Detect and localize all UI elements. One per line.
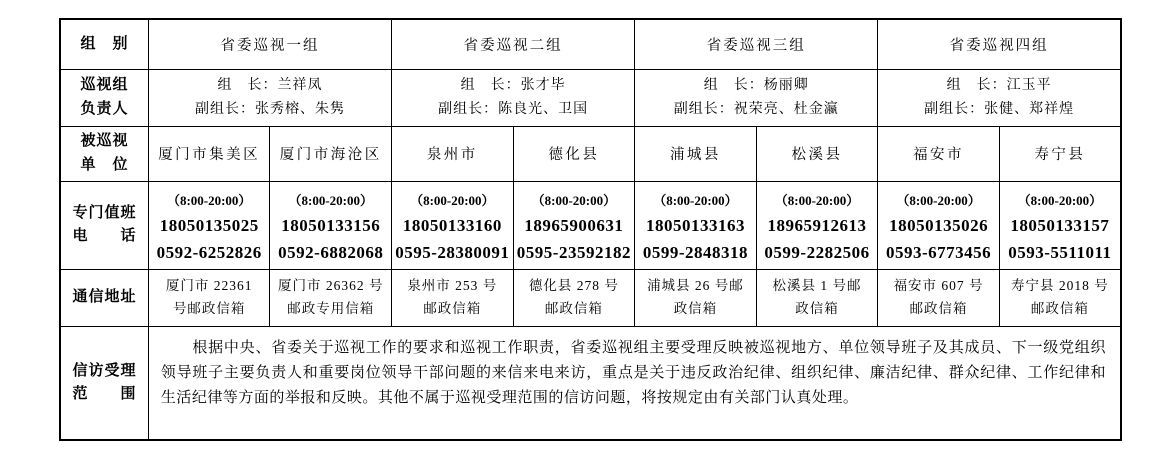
address-cell: 福安市 607 号 邮政信箱	[878, 269, 1000, 326]
landline-number: 0599-2282506	[757, 243, 878, 263]
landline-number: 0593-5511011	[1000, 243, 1120, 263]
row-header-phone: 专门值班 电 话	[60, 181, 148, 269]
landline-number: 0592-6252826	[149, 243, 270, 263]
leaders-cell: 组 长：兰祥凤 副组长：张秀榕、朱隽	[148, 69, 391, 126]
unit-cell: 浦城县	[635, 126, 757, 181]
address-cell: 厦门市 26362 号 邮政专用信箱	[270, 269, 392, 326]
mobile-number: 18050135025	[149, 216, 270, 236]
duty-hours: （8:00-20:00）	[878, 190, 999, 209]
unit-cell: 厦门市海沧区	[270, 126, 392, 181]
group-name-cell: 省委巡视一组	[148, 19, 391, 69]
address-cell: 寿宁县 2018 号 邮政信箱	[999, 269, 1121, 326]
row-scope: 信访受理 范 围 根据中央、省委关于巡视工作的要求和巡视工作职责，省委巡视组主要…	[60, 326, 1121, 440]
unit-cell: 福安市	[878, 126, 1000, 181]
address-cell: 泉州市 253 号 邮政信箱	[392, 269, 514, 326]
duty-hours: （8:00-20:00）	[270, 190, 391, 209]
group-name-cell: 省委巡视三组	[635, 19, 878, 69]
duty-hours: （8:00-20:00）	[1000, 190, 1120, 209]
landline-number: 0595-23592182	[514, 243, 635, 263]
phone-cell: （8:00-20:00） 18965912613 0599-2282506	[756, 181, 878, 269]
phone-cell: （8:00-20:00） 18965900631 0595-23592182	[513, 181, 635, 269]
unit-cell: 厦门市集美区	[148, 126, 270, 181]
row-header-address: 通信地址	[60, 269, 148, 326]
duty-hours: （8:00-20:00）	[635, 190, 756, 209]
row-header-units: 被巡视 单 位	[60, 126, 148, 181]
landline-number: 0593-6773456	[878, 243, 999, 263]
unit-cell: 泉州市	[392, 126, 514, 181]
row-phones: 专门值班 电 话 （8:00-20:00） 18050135025 0592-6…	[60, 181, 1121, 269]
duty-hours: （8:00-20:00）	[757, 190, 878, 209]
duty-hours: （8:00-20:00）	[514, 190, 635, 209]
phone-cell: （8:00-20:00） 18050133160 0595-28380091	[392, 181, 514, 269]
duty-hours: （8:00-20:00）	[149, 190, 270, 209]
phone-cell: （8:00-20:00） 18050133156 0592-6882068	[270, 181, 392, 269]
mobile-number: 18050135026	[878, 216, 999, 236]
leaders-cell: 组 长：张才毕 副组长：陈良光、卫国	[392, 69, 635, 126]
landline-number: 0599-2848318	[635, 243, 756, 263]
group-name-cell: 省委巡视二组	[392, 19, 635, 69]
address-cell: 浦城县 26 号邮 政信箱	[635, 269, 757, 326]
petition-scope-text: 根据中央、省委关于巡视工作的要求和巡视工作职责，省委巡视组主要受理反映被巡视地方…	[148, 326, 1121, 440]
group-name-cell: 省委巡视四组	[878, 19, 1121, 69]
row-addresses: 通信地址 厦门市 22361 号邮政信箱 厦门市 26362 号 邮政专用信箱 …	[60, 269, 1121, 326]
leaders-cell: 组 长：杨丽卿 副组长：祝荣亮、杜金瀛	[635, 69, 878, 126]
row-header-leaders: 巡视组 负责人	[60, 69, 148, 126]
unit-cell: 德化县	[513, 126, 635, 181]
row-header-scope: 信访受理 范 围	[60, 326, 148, 440]
leaders-cell: 组 长：江玉平 副组长：张健、郑祥煌	[878, 69, 1121, 126]
inspection-groups-table: 组 别 省委巡视一组 省委巡视二组 省委巡视三组 省委巡视四组 巡视组 负责人 …	[59, 18, 1122, 441]
mobile-number: 18965900631	[514, 216, 635, 236]
address-cell: 松溪县 1 号邮 政信箱	[756, 269, 878, 326]
address-cell: 德化县 278 号 邮政信箱	[513, 269, 635, 326]
row-group-names: 组 别 省委巡视一组 省委巡视二组 省委巡视三组 省委巡视四组	[60, 19, 1121, 69]
unit-cell: 寿宁县	[999, 126, 1121, 181]
mobile-number: 18965912613	[757, 216, 878, 236]
row-leaders: 巡视组 负责人 组 长：兰祥凤 副组长：张秀榕、朱隽 组 长：张才毕 副组长：陈…	[60, 69, 1121, 126]
mobile-number: 18050133163	[635, 216, 756, 236]
unit-cell: 松溪县	[756, 126, 878, 181]
document-page: 组 别 省委巡视一组 省委巡视二组 省委巡视三组 省委巡视四组 巡视组 负责人 …	[0, 0, 1151, 441]
phone-cell: （8:00-20:00） 18050133157 0593-5511011	[999, 181, 1121, 269]
row-header-group: 组 别	[60, 19, 148, 69]
landline-number: 0595-28380091	[392, 243, 513, 263]
phone-cell: （8:00-20:00） 18050133163 0599-2848318	[635, 181, 757, 269]
duty-hours: （8:00-20:00）	[392, 190, 513, 209]
address-cell: 厦门市 22361 号邮政信箱	[148, 269, 270, 326]
mobile-number: 18050133156	[270, 216, 391, 236]
phone-cell: （8:00-20:00） 18050135025 0592-6252826	[148, 181, 270, 269]
row-units: 被巡视 单 位 厦门市集美区 厦门市海沧区 泉州市 德化县 浦城县 松溪县 福安…	[60, 126, 1121, 181]
mobile-number: 18050133157	[1000, 216, 1120, 236]
mobile-number: 18050133160	[392, 216, 513, 236]
landline-number: 0592-6882068	[270, 243, 391, 263]
phone-cell: （8:00-20:00） 18050135026 0593-6773456	[878, 181, 1000, 269]
